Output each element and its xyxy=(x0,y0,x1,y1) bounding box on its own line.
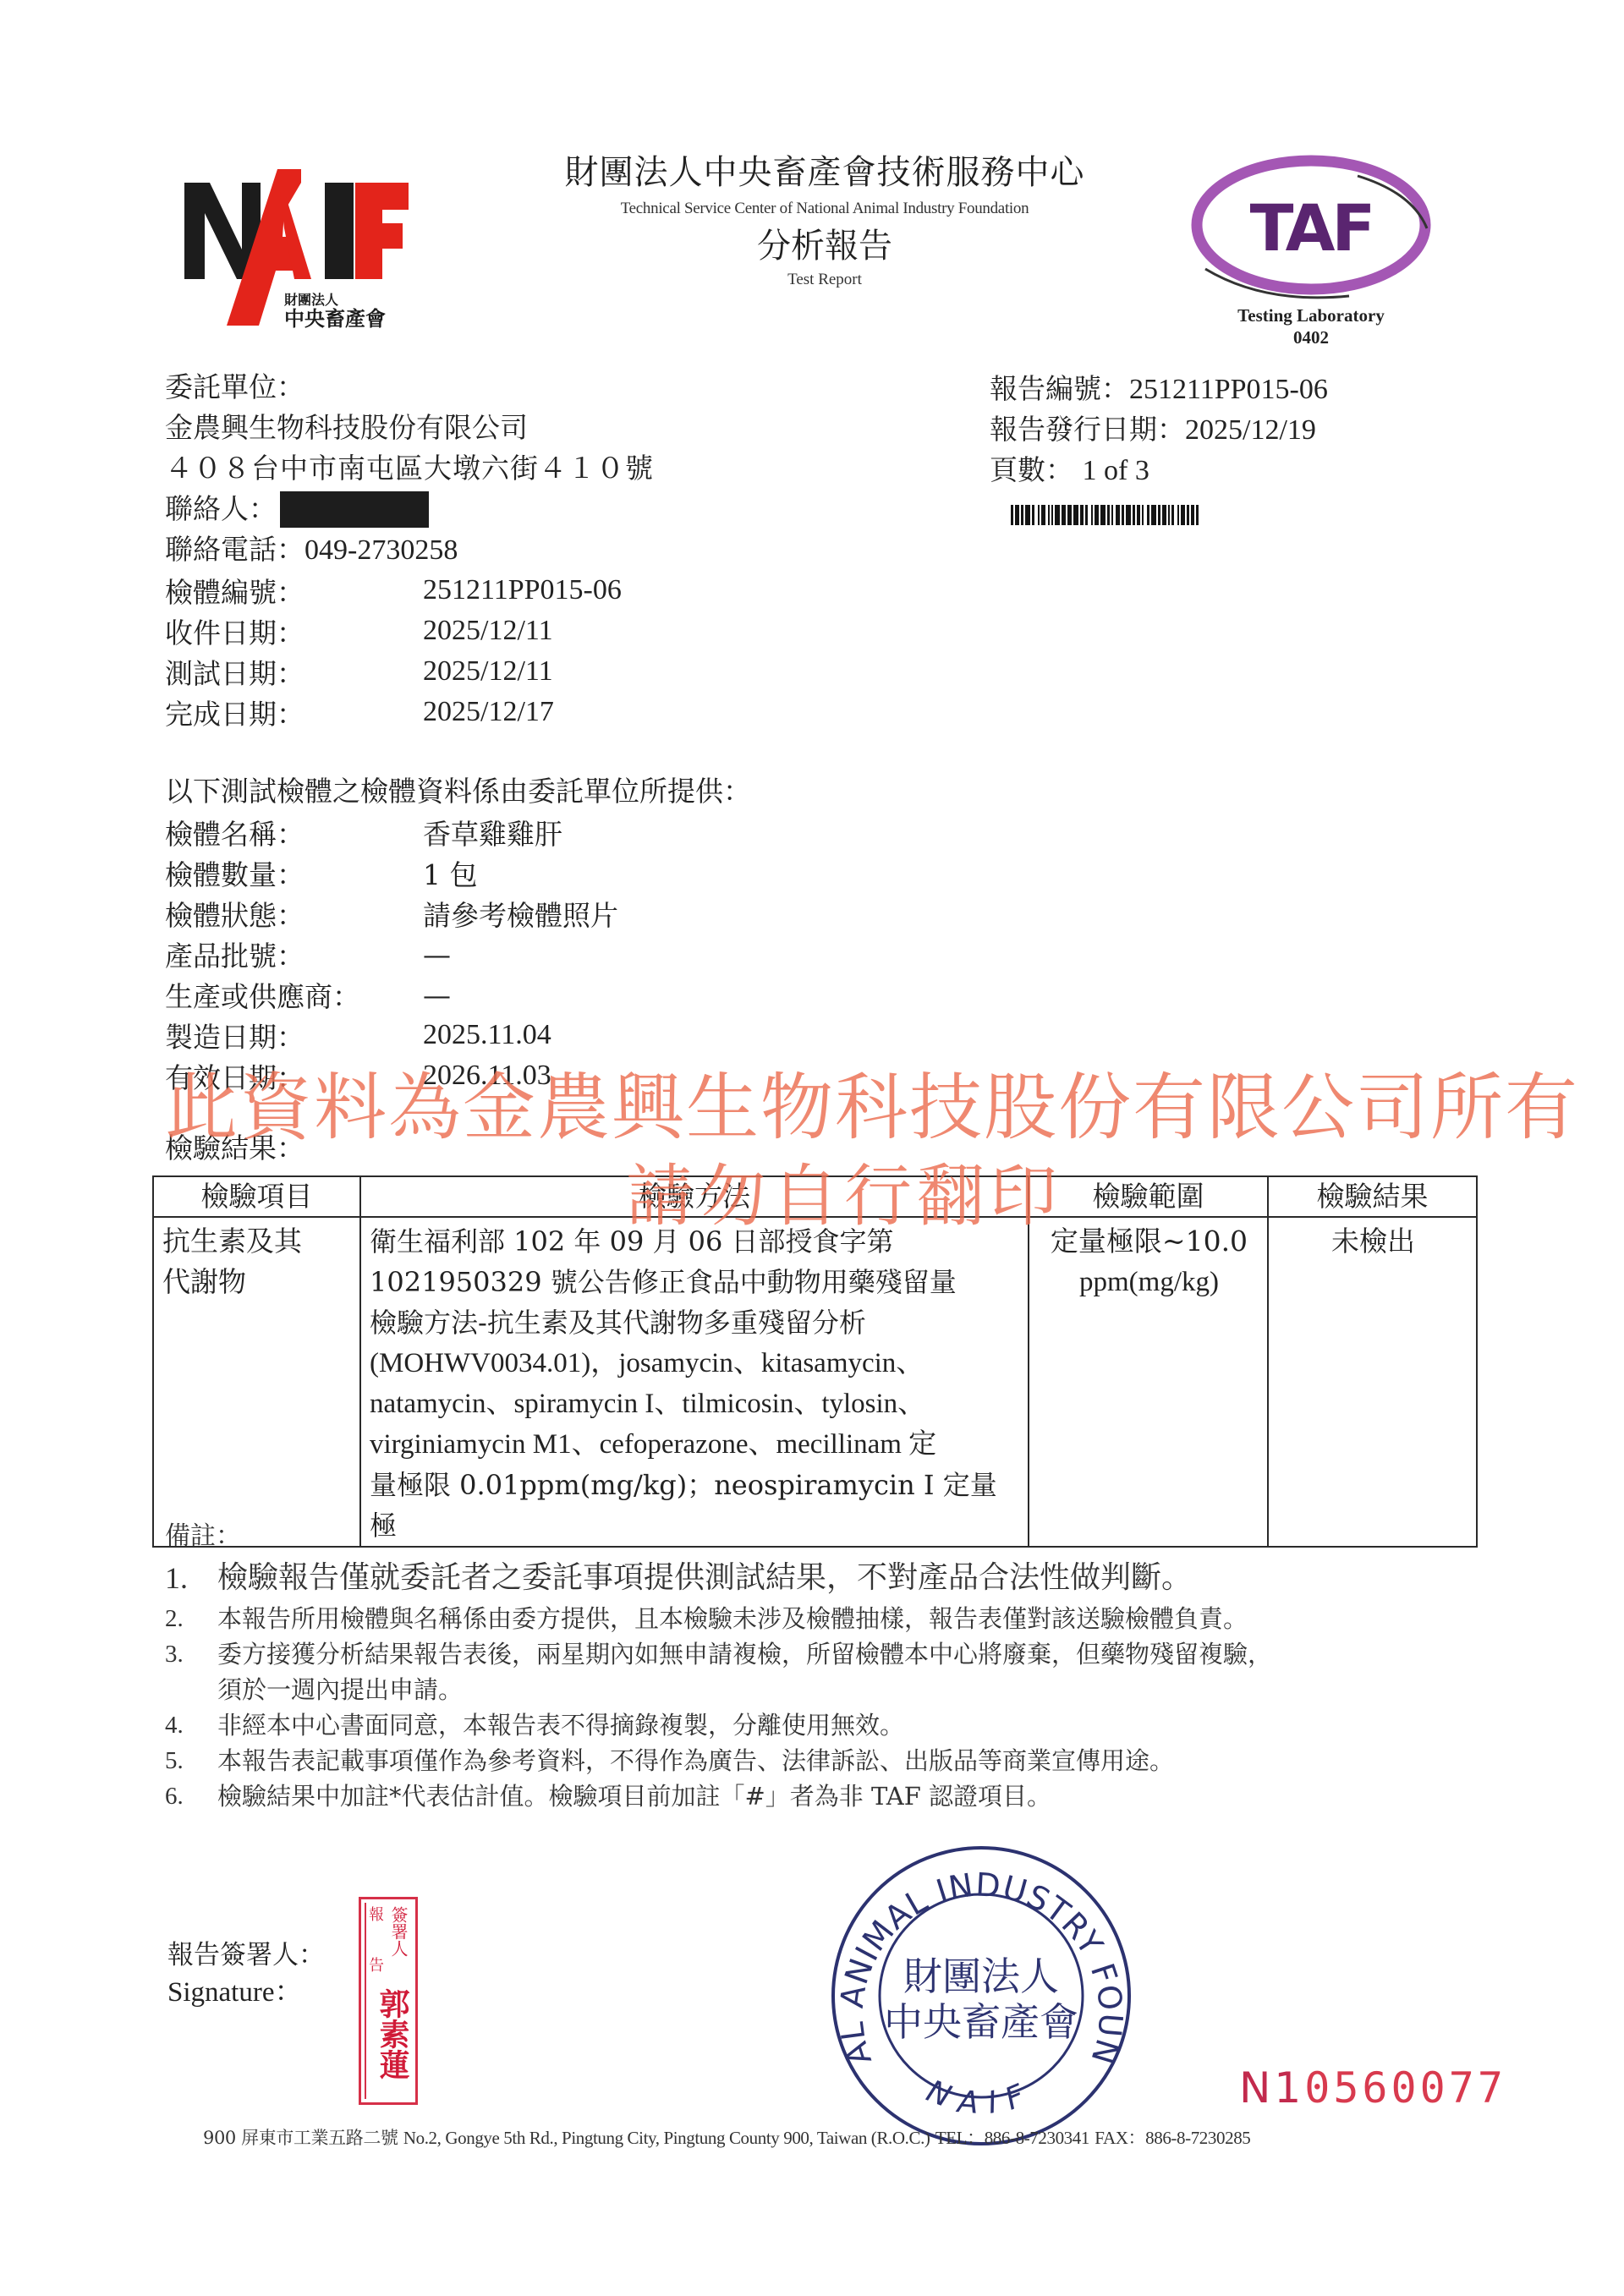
signatory-stamp: 報 告 簽署人 郭素蓮 xyxy=(359,1897,418,2105)
report-header: 財團法人中央畜產會技術服務中心 Technical Service Center… xyxy=(474,152,1176,289)
field-value: 請參考檢體照片 xyxy=(423,894,618,934)
batch-number-row: 產品批號： — xyxy=(165,934,451,974)
notes-section: 備註： 1. 檢驗報告僅就委託者之委託事項提供測試結果，不對產品合法性做判斷。 … xyxy=(165,1518,1484,1814)
note-text: 檢驗報告僅就委託者之委託事項提供測試結果，不對產品合法性做判斷。 xyxy=(217,1555,1192,1601)
footer-tel: TEL：886-8-7230341 xyxy=(935,2128,1089,2148)
note-number: 1. xyxy=(165,1555,217,1601)
barcode xyxy=(1011,505,1374,525)
field-label: 產品批號： xyxy=(165,934,423,974)
note-item: 2. 本報告所用檢體與名稱係由委方提供，且本檢驗未涉及檢體抽樣，報告表僅對該送驗… xyxy=(165,1601,1484,1636)
taf-logo: TAF xyxy=(1180,151,1442,303)
field-value: 1 包 xyxy=(423,853,478,893)
method-line: 檢驗方法-抗生素及其代謝物多重殘留分析 xyxy=(370,1302,1021,1343)
pages-row: 頁數： 1 of 3 xyxy=(990,450,1149,491)
signature-label-en: Signature： xyxy=(167,1974,325,2011)
header-test-item: 檢驗項目 xyxy=(153,1176,360,1217)
note-number: 3. xyxy=(165,1636,217,1707)
field-label: 檢體數量： xyxy=(165,853,423,893)
note-text: 檢驗結果中加註*代表估計值。檢驗項目前加註「#」者為非 TAF 認證項目。 xyxy=(217,1778,1051,1814)
note-item: 6. 檢驗結果中加註*代表估計值。檢驗項目前加註「#」者為非 TAF 認證項目。 xyxy=(165,1778,1484,1814)
taf-lab-number: 0402 xyxy=(1180,326,1442,348)
field-value: — xyxy=(423,978,451,1011)
pages-value: 1 of 3 xyxy=(1083,455,1149,486)
test-result-cell: 未檢出 xyxy=(1268,1217,1477,1547)
footer-address: 900 屏東市工業五路二號 No.2, Gongye 5th Rd., Ping… xyxy=(203,2124,1250,2150)
field-label: 測試日期： xyxy=(165,652,423,692)
phone-row: 聯絡電話：049-2730258 xyxy=(165,529,458,571)
field-value: 2025/12/11 xyxy=(423,615,553,647)
field-label: 生產或供應商： xyxy=(165,975,423,1015)
svg-text:TAF: TAF xyxy=(1250,190,1373,266)
sample-state-row: 檢體狀態： 請參考檢體照片 xyxy=(165,893,618,934)
received-date-row: 收件日期： 2025/12/11 xyxy=(165,611,553,651)
header-test-method: 檢驗方法 xyxy=(360,1176,1029,1217)
note-number: 5. xyxy=(165,1743,217,1778)
report-number-value: 251211PP015-06 xyxy=(1129,374,1328,405)
contact-person-label: 聯絡人： xyxy=(165,489,277,529)
taf-caption-text: Testing Laboratory xyxy=(1180,304,1442,326)
field-value: 251211PP015-06 xyxy=(423,574,622,606)
field-label: 檢體編號： xyxy=(165,571,423,611)
serial-prefix: N1 xyxy=(1239,2063,1304,2112)
field-value: 2025/12/11 xyxy=(423,655,553,688)
org-name-zh: 財團法人中央畜產會技術服務中心 xyxy=(474,152,1176,193)
test-date-row: 測試日期： 2025/12/11 xyxy=(165,651,553,692)
svg-text:中央畜產會: 中央畜產會 xyxy=(284,307,386,330)
supplier-row: 生產或供應商： — xyxy=(165,974,451,1015)
note-item: 5. 本報告表記載事項僅作為參考資料，不得作為廣告、法律訴訟、出版品等商業宣傳用… xyxy=(165,1743,1484,1778)
field-value: 2025/12/17 xyxy=(423,696,554,728)
note-item: 1. 檢驗報告僅就委託者之委託事項提供測試結果，不對產品合法性做判斷。 xyxy=(165,1555,1484,1601)
org-name-en: Technical Service Center of National Ani… xyxy=(474,200,1176,218)
issue-date-value: 2025/12/19 xyxy=(1185,414,1316,446)
stamp-text-title: 簽署人 xyxy=(390,1906,407,1957)
field-label: 有效日期： xyxy=(165,1056,423,1096)
seal-icon: NATIONAL ANIMAL INDUSTRY FOUNDATION NAIF… xyxy=(825,1839,1138,2152)
issue-date-row: 報告發行日期：2025/12/19 xyxy=(990,409,1316,451)
serial-digits: 0560077 xyxy=(1304,2063,1506,2112)
field-value: — xyxy=(423,938,451,971)
footer-address-en: No.2, Gongye 5th Rd., Pingtung City, Pin… xyxy=(403,2128,930,2148)
table-row: 抗生素及其 代謝物 衛生福利部 102 年 09 月 06 日部授食字第 102… xyxy=(153,1217,1477,1547)
svg-text:NAIF: NAIF xyxy=(922,2074,1041,2122)
test-method-cell: 衛生福利部 102 年 09 月 06 日部授食字第 1021950329 號公… xyxy=(360,1217,1029,1547)
note-text: 非經本中心書面同意，本報告表不得摘錄複製，分離使用無效。 xyxy=(217,1707,904,1743)
footer-address-zh: 900 屏東市工業五路二號 xyxy=(203,2128,398,2148)
phone-label: 聯絡電話： xyxy=(165,533,304,566)
field-label: 收件日期： xyxy=(165,611,423,651)
manufacture-date-row: 製造日期： 2025.11.04 xyxy=(165,1015,551,1055)
method-line: natamycin、spiramycin I、tilmicosin、tylosi… xyxy=(370,1384,1021,1424)
naif-official-seal: NATIONAL ANIMAL INDUSTRY FOUNDATION NAIF… xyxy=(825,1839,1138,2152)
notes-heading: 備註： xyxy=(165,1518,1484,1555)
method-line: (MOHWV0034.01)，josamycin、kitasamycin、 xyxy=(370,1343,1021,1384)
field-value: 香草雞雞肝 xyxy=(423,813,562,852)
method-line: virginiamycin M1、cefoperazone、mecillinam… xyxy=(370,1424,1021,1465)
signature-label: 報告簽署人： Signature： xyxy=(167,1937,325,2011)
table-header-row: 檢驗項目 檢驗方法 檢驗範圍 檢驗結果 xyxy=(153,1176,1477,1217)
report-title-en: Test Report xyxy=(474,271,1176,289)
sample-name-row: 檢體名稱： 香草雞雞肝 xyxy=(165,812,562,852)
signature-label-zh: 報告簽署人： xyxy=(167,1937,325,1974)
stamp-signatory-name: 郭素蓮 xyxy=(376,1988,410,2080)
note-text: 本報告所用檢體與名稱係由委方提供，且本檢驗未涉及檢體抽樣，報告表僅對該送驗檢體負… xyxy=(217,1601,1248,1636)
note-text: 委方接獲分析結果報告表後，兩星期內如無申請複檢，所留檢體本中心將廢棄，但藥物殘留… xyxy=(217,1636,1272,1707)
test-item-line: 抗生素及其 xyxy=(162,1221,353,1262)
stamp-text-report: 報 xyxy=(366,1906,383,1921)
report-number-label: 報告編號： xyxy=(990,372,1129,405)
client-label: 委託單位： xyxy=(165,367,304,408)
field-label: 製造日期： xyxy=(165,1016,423,1055)
results-table: 檢驗項目 檢驗方法 檢驗範圍 檢驗結果 抗生素及其 代謝物 衛生福利部 102 … xyxy=(152,1175,1478,1548)
test-range-cell: 定量極限~10.0 ppm(mg/kg) xyxy=(1029,1217,1268,1547)
test-item-cell: 抗生素及其 代謝物 xyxy=(153,1217,360,1547)
svg-text:財團法人: 財團法人 xyxy=(903,1954,1059,1999)
header-test-range: 檢驗範圍 xyxy=(1029,1176,1268,1217)
footer-fax: FAX：886-8-7230285 xyxy=(1095,2128,1250,2148)
report-serial-number: N10560077 xyxy=(1239,2063,1506,2112)
sample-info-intro: 以下測試檢體之檢體資料係由委託單位所提供： xyxy=(165,771,751,812)
issue-date-label: 報告發行日期： xyxy=(990,413,1185,446)
note-number: 6. xyxy=(165,1778,217,1814)
expiry-date-row: 有效日期： 2026.11.03 xyxy=(165,1055,551,1096)
method-line: 衛生福利部 102 年 09 月 06 日部授食字第 xyxy=(370,1221,1021,1262)
taf-caption: Testing Laboratory 0402 xyxy=(1180,304,1442,348)
naif-logo-icon: 財團法人 中央畜產會 xyxy=(176,169,413,330)
field-value: 2025.11.04 xyxy=(423,1019,551,1051)
range-line: ppm(mg/kg) xyxy=(1038,1262,1260,1302)
field-label: 檢體名稱： xyxy=(165,813,423,852)
results-label: 檢驗結果： xyxy=(165,1128,304,1169)
field-value: 2026.11.03 xyxy=(423,1060,551,1092)
completion-date-row: 完成日期： 2025/12/17 xyxy=(165,692,554,732)
svg-text:中央畜產會: 中央畜產會 xyxy=(884,1999,1078,2045)
field-label: 完成日期： xyxy=(165,693,423,732)
note-item: 3. 委方接獲分析結果報告表後，兩星期內如無申請複檢，所留檢體本中心將廢棄，但藥… xyxy=(165,1636,1484,1707)
contact-person-row: 聯絡人： xyxy=(165,489,429,529)
pages-label: 頁數： xyxy=(990,453,1073,486)
svg-text:財團法人: 財團法人 xyxy=(284,292,338,308)
note-text-line: 委方接獲分析結果報告表後，兩星期內如無申請複檢，所留檢體本中心將廢棄，但藥物殘留… xyxy=(217,1636,1272,1672)
client-address: ４０８台中市南屯區大墩六街４１０號 xyxy=(165,448,654,489)
report-title-zh: 分析報告 xyxy=(474,227,1176,266)
redacted-contact-name xyxy=(280,491,429,528)
header-test-result: 檢驗結果 xyxy=(1268,1176,1477,1217)
note-number: 4. xyxy=(165,1707,217,1743)
sample-id-row: 檢體編號： 251211PP015-06 xyxy=(165,570,622,611)
report-number-row: 報告編號：251211PP015-06 xyxy=(990,369,1328,410)
field-label: 檢體狀態： xyxy=(165,894,423,934)
note-text: 本報告表記載事項僅作為參考資料，不得作為廣告、法律訴訟、出版品等商業宣傳用途。 xyxy=(217,1743,1174,1778)
note-text-line: 須於一週內提出申請。 xyxy=(217,1672,1272,1707)
method-line: 1021950329 號公告修正食品中動物用藥殘留量 xyxy=(370,1262,1021,1302)
test-item-line: 代謝物 xyxy=(162,1262,353,1302)
sample-quantity-row: 檢體數量： 1 包 xyxy=(165,852,478,893)
taf-logo-icon: TAF xyxy=(1180,151,1442,303)
client-name: 金農興生物科技股份有限公司 xyxy=(165,408,528,448)
stamp-text-notice: 告 xyxy=(366,1957,383,1972)
naif-logo: 財團法人 中央畜產會 xyxy=(176,169,413,330)
range-line: 定量極限~10.0 xyxy=(1038,1221,1260,1262)
phone-value: 049-2730258 xyxy=(304,534,458,566)
note-item: 4. 非經本中心書面同意，本報告表不得摘錄複製，分離使用無效。 xyxy=(165,1707,1484,1743)
note-number: 2. xyxy=(165,1601,217,1636)
